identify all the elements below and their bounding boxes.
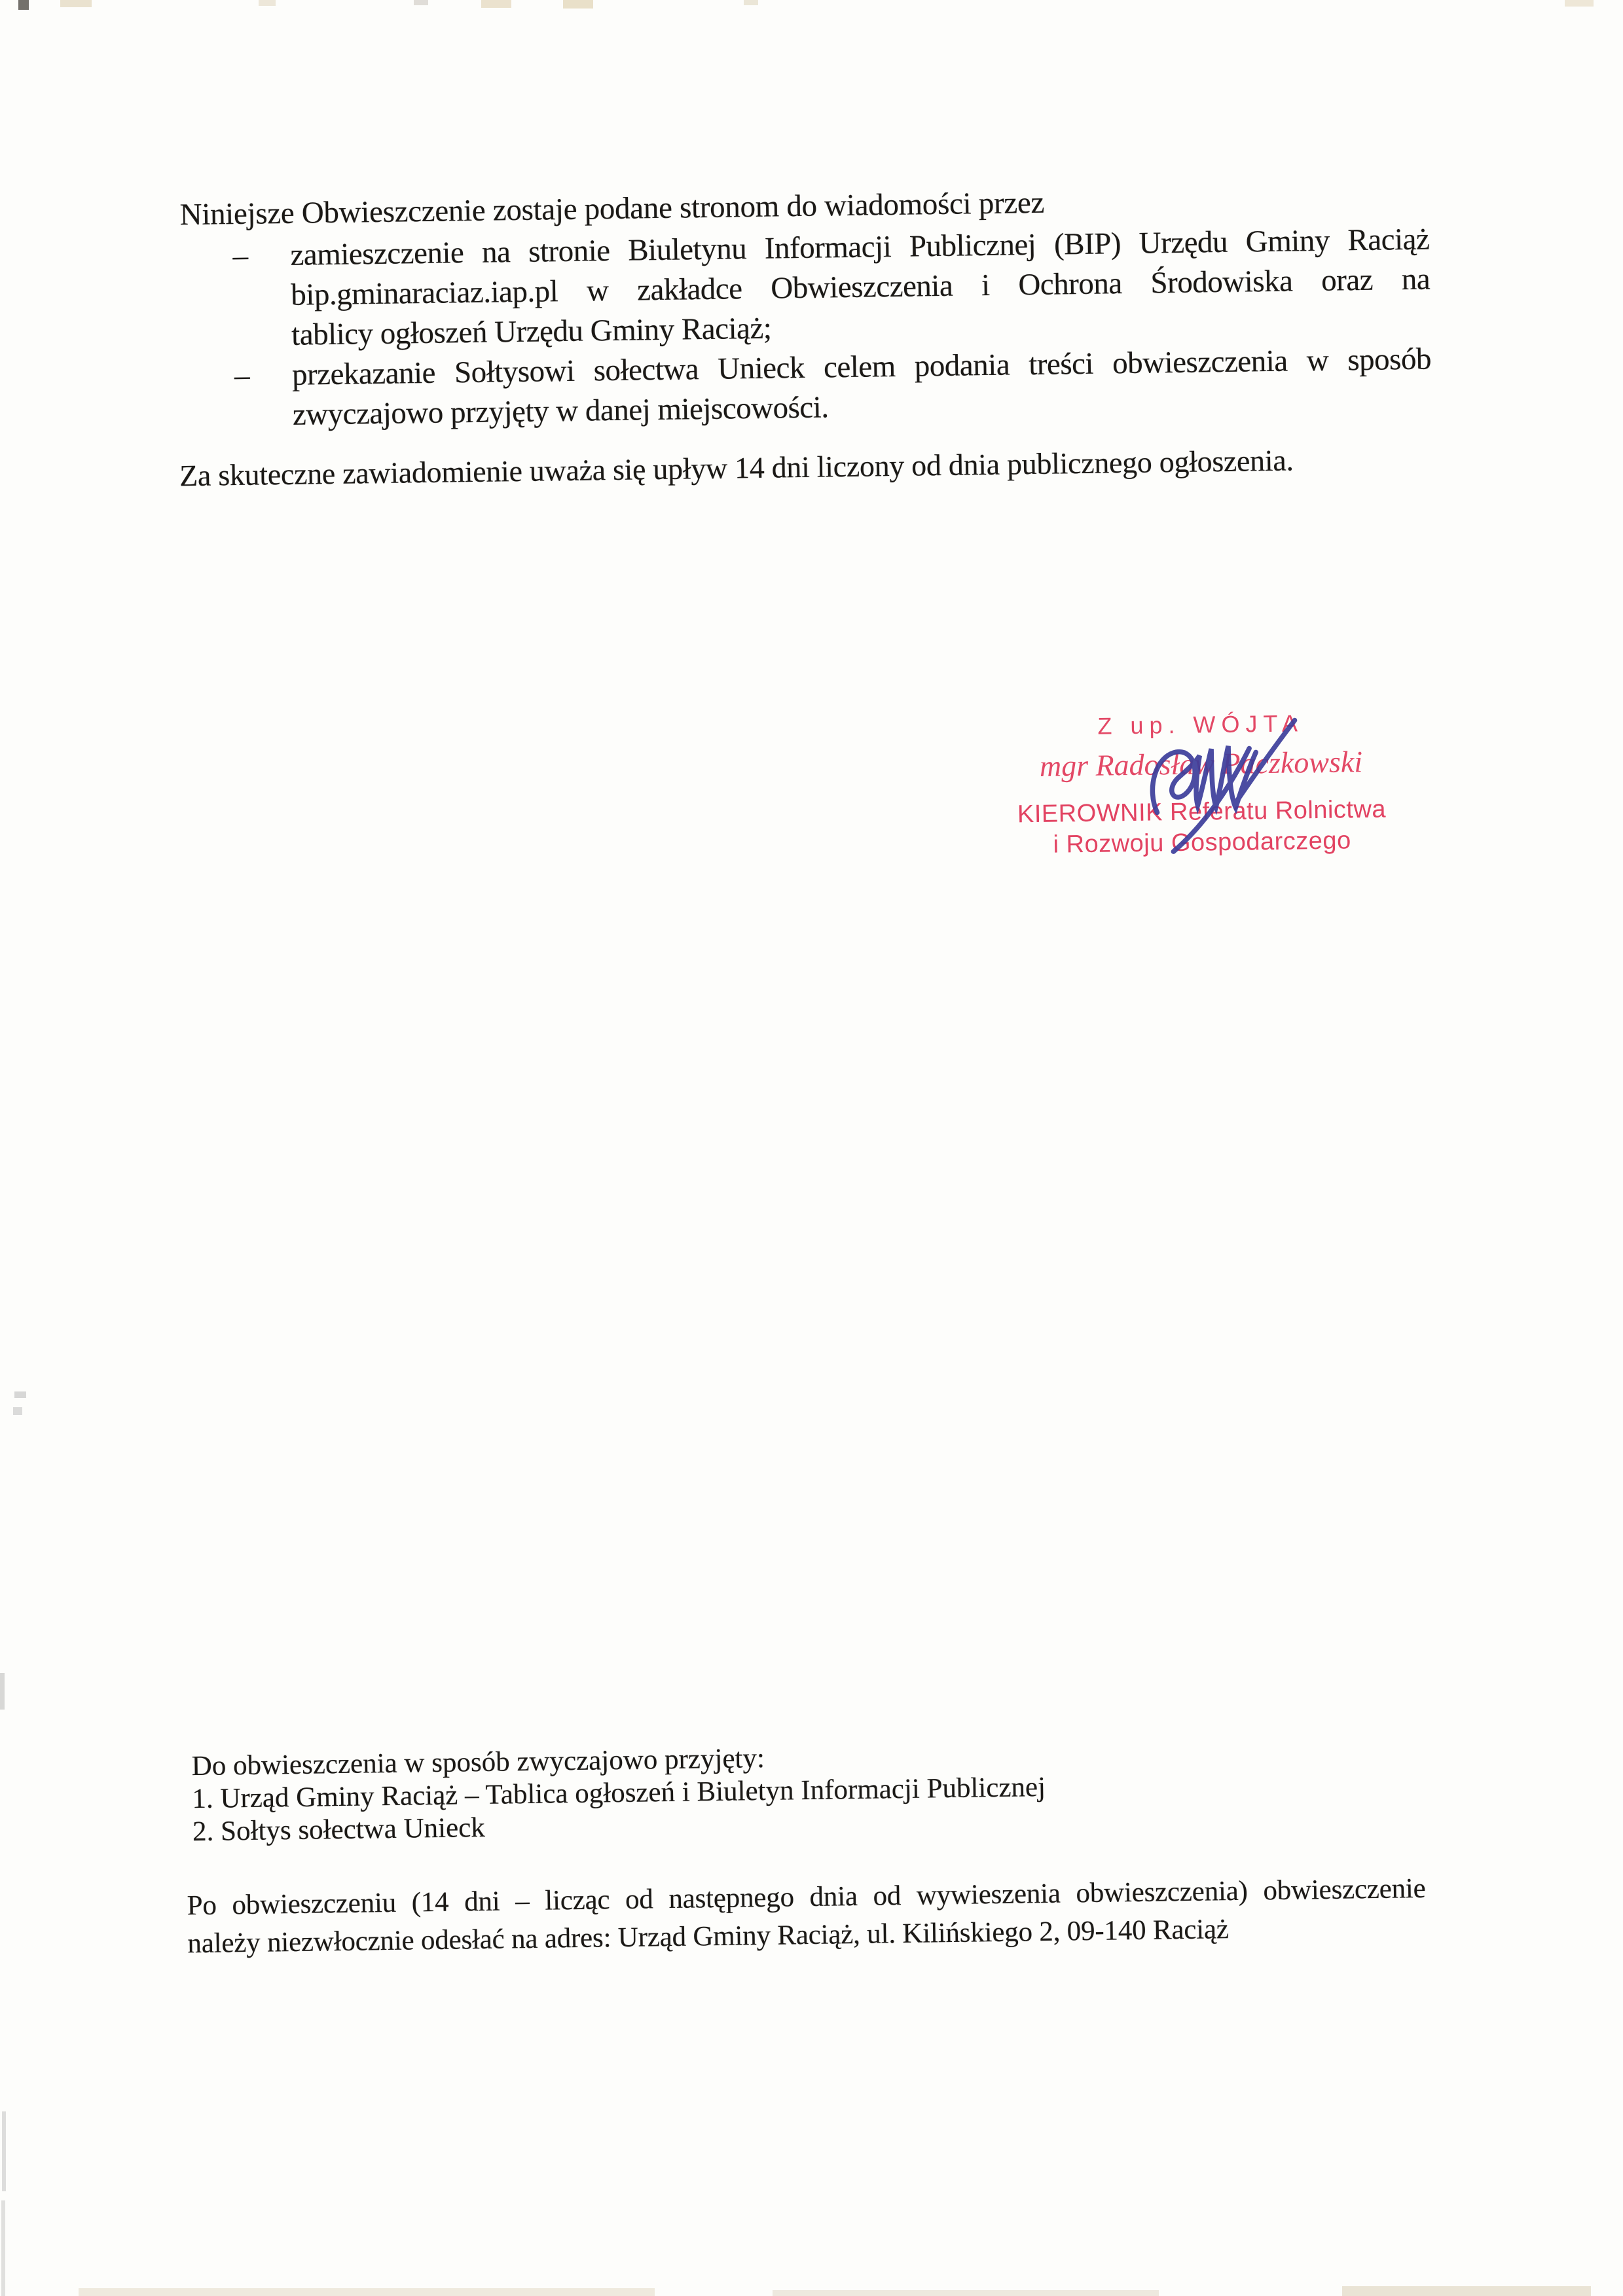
- official-stamp: Z up. WÓJTA mgr Radosław Paczkowski KIER…: [1000, 708, 1402, 860]
- document-content: Niniejsze Obwieszczenie zostaje podane s…: [0, 0, 1623, 2296]
- closing-paragraph: Za skuteczne zawiadomienie uważa się upł…: [179, 440, 1294, 495]
- scan-artifact: [0, 1673, 5, 1710]
- footer-item: 2. Sołtys sołectwa Unieck: [192, 1812, 485, 1848]
- stamp-title-line-2: i Rozwoju Gospodarczego: [1002, 826, 1403, 860]
- scan-artifact: [773, 2290, 1159, 2296]
- return-note-line: Po obwieszczeniu (14 dni – licząc od nas…: [187, 1872, 1426, 1923]
- distribution-list: – zamieszczenie na stronie Biuletynu Inf…: [232, 220, 1433, 437]
- list-item-text: zamieszczenie na stronie Biuletynu Infor…: [290, 220, 1431, 355]
- list-item-bip: – zamieszczenie na stronie Biuletynu Inf…: [232, 220, 1432, 357]
- scan-artifact: [1, 2200, 5, 2296]
- stamp-title-line-1: KIEROWNIK Referatu Rolnictwa: [1001, 795, 1402, 829]
- dash-bullet: –: [232, 236, 291, 276]
- dash-bullet: –: [234, 355, 293, 396]
- scan-artifact: [2, 2111, 6, 2191]
- list-item-soltys: – przekazanie Sołtysowi sołectwa Unieck …: [234, 340, 1434, 437]
- stamp-name-line: mgr Radosław Paczkowski: [1000, 744, 1402, 784]
- stamp-authority-line: Z up. WÓJTA: [1000, 708, 1401, 742]
- scanned-document-page: Niniejsze Obwieszczenie zostaje podane s…: [0, 0, 1623, 2296]
- list-item-text: przekazanie Sołtysowi sołectwa Unieck ce…: [292, 340, 1432, 435]
- scan-artifact: [1342, 2286, 1591, 2296]
